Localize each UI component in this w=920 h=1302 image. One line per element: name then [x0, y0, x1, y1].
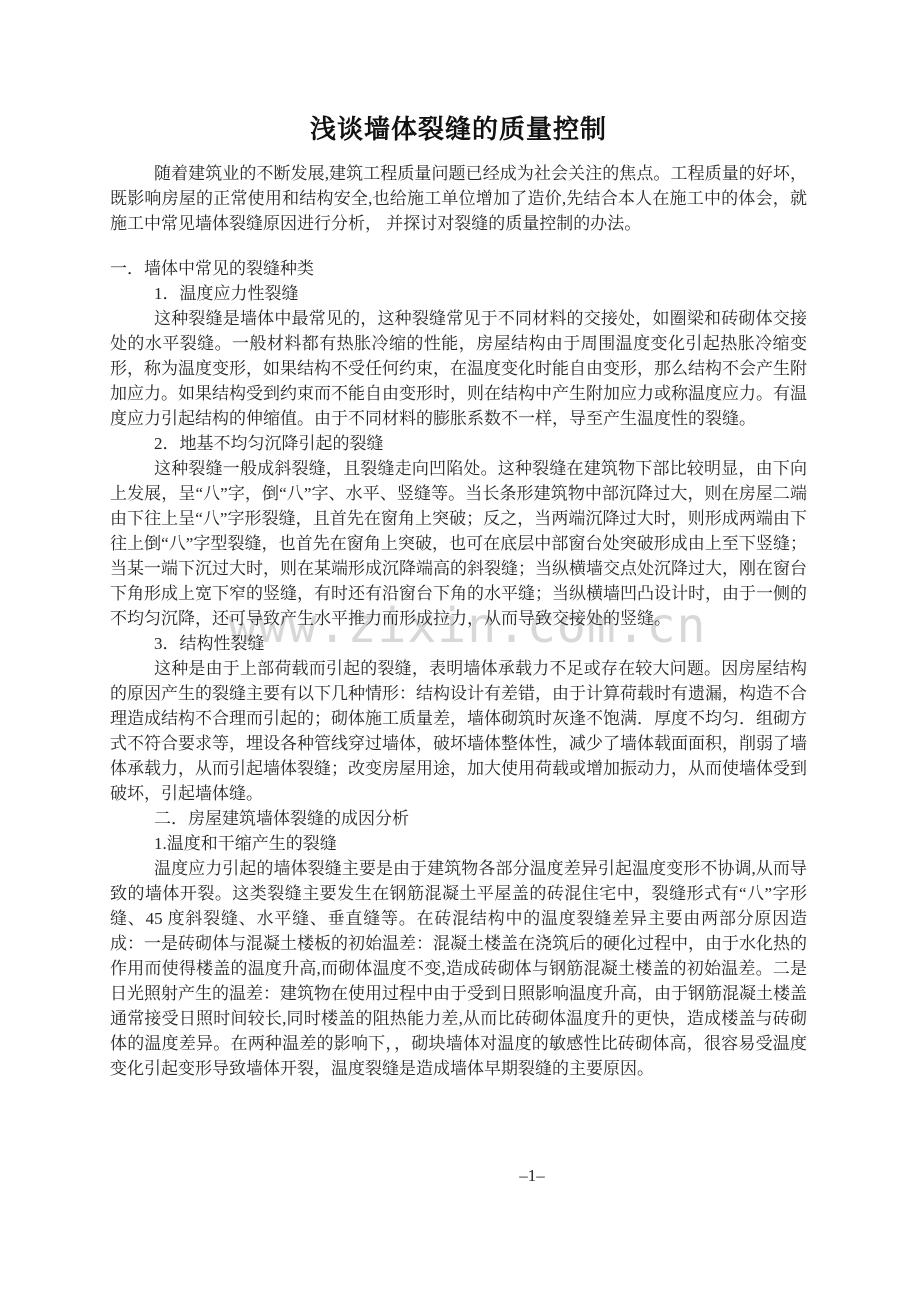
document-content: 浅谈墙体裂缝的质量控制 随着建筑业的不断发展,建筑工程质量问题已经成为社会关注的…	[110, 112, 807, 1081]
paragraph-2-1: 温度应力引起的墙体裂缝主要是由于建筑物各部分温度差异引起温度变形不协调,从而导致…	[110, 856, 807, 1081]
document-title: 浅谈墙体裂缝的质量控制	[110, 112, 807, 148]
section-1-heading: 一．墙体中常见的裂缝种类	[110, 256, 807, 281]
page-number: –1–	[494, 1163, 570, 1188]
subheading-1-2: 2．地基不均匀沉降引起的裂缝	[110, 431, 807, 456]
paragraph-intro: 随着建筑业的不断发展,建筑工程质量问题已经成为社会关注的焦点。工程质量的好坏，既…	[110, 161, 807, 236]
subheading-2-1: 1.温度和干缩产生的裂缝	[110, 831, 807, 856]
paragraph-1-3: 这种是由于上部荷载而引起的裂缝，表明墙体承载力不足或存在较大问题。因房屋结构的原…	[110, 656, 807, 806]
document-page: www.zixin.com.cn 浅谈墙体裂缝的质量控制 随着建筑业的不断发展,…	[0, 0, 920, 1302]
subheading-1-3: 3．结构性裂缝	[110, 631, 807, 656]
section-2-heading: 二．房屋建筑墙体裂缝的成因分析	[110, 806, 807, 831]
paragraph-1-2: 这种裂缝一般成斜裂缝，且裂缝走向凹陷处。这种裂缝在建筑物下部比较明显，由下向上发…	[110, 456, 807, 631]
subheading-1-1: 1．温度应力性裂缝	[110, 281, 807, 306]
paragraph-1-1: 这种裂缝是墙体中最常见的，这种裂缝常见于不同材料的交接处，如圈梁和砖砌体交接处的…	[110, 306, 807, 431]
